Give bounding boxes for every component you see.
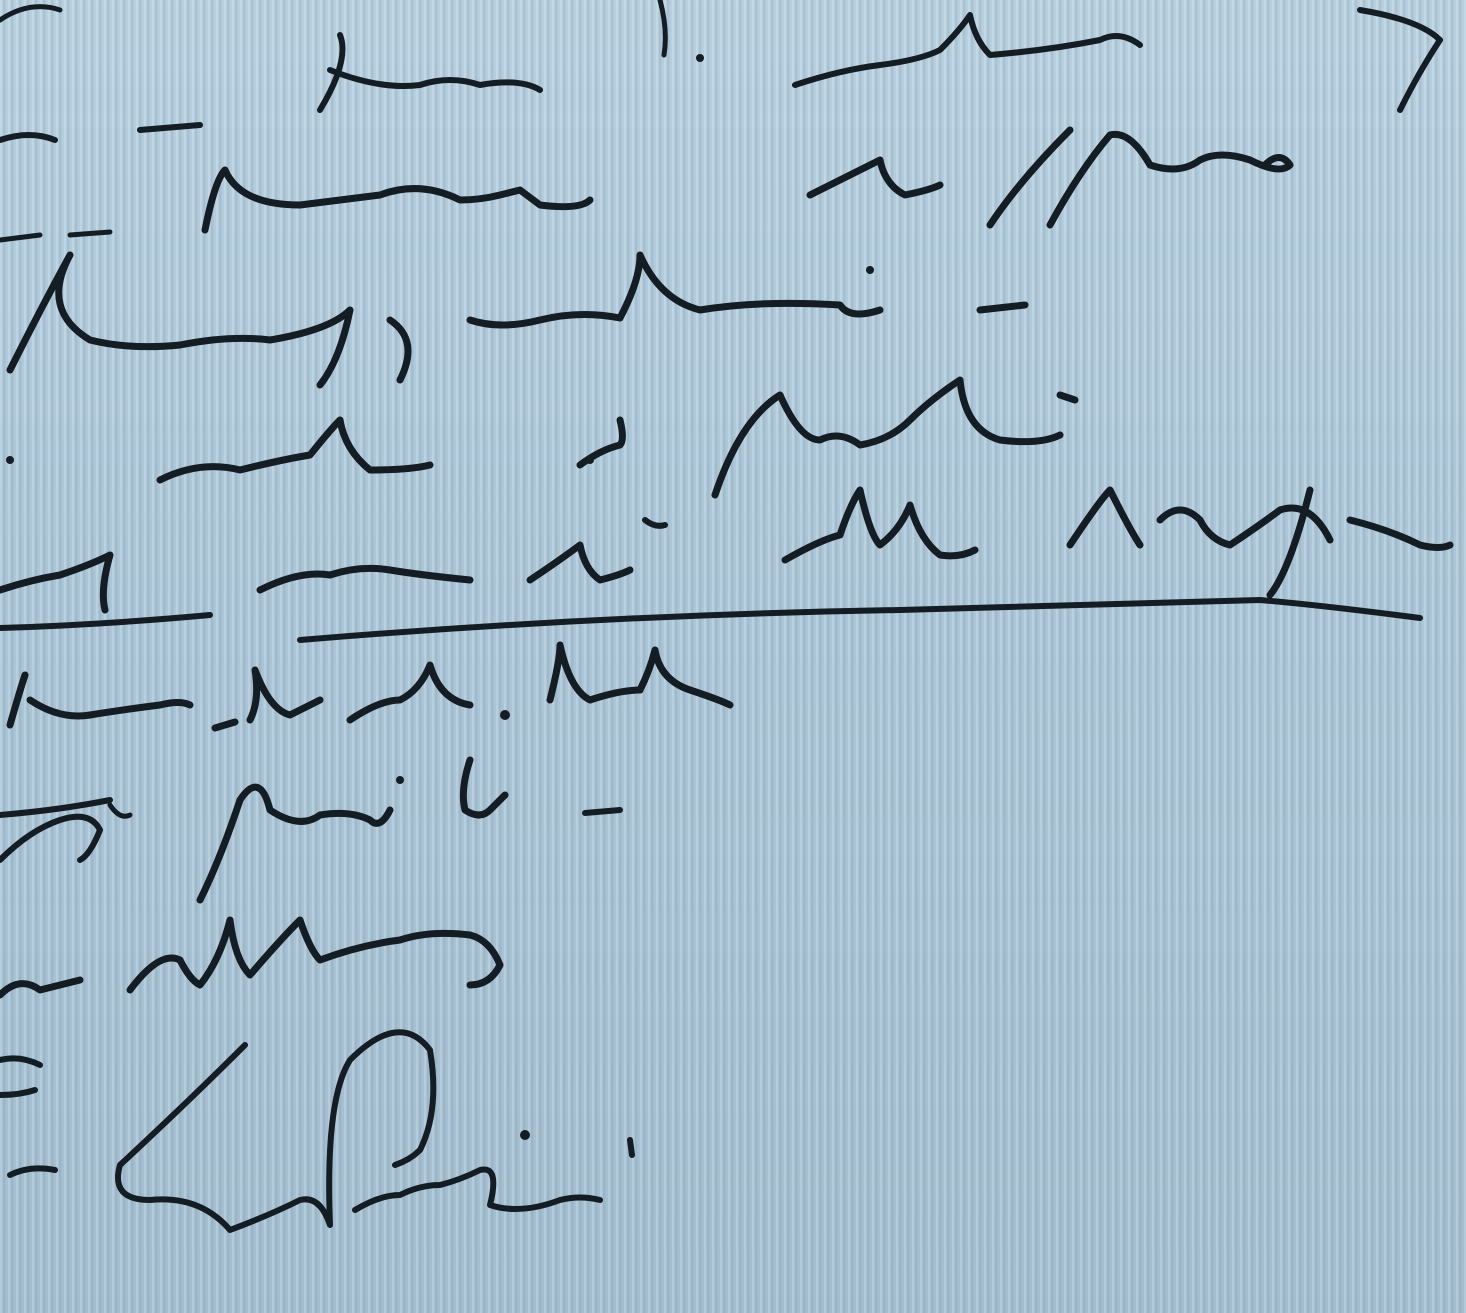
handwriting xyxy=(0,0,1466,1313)
